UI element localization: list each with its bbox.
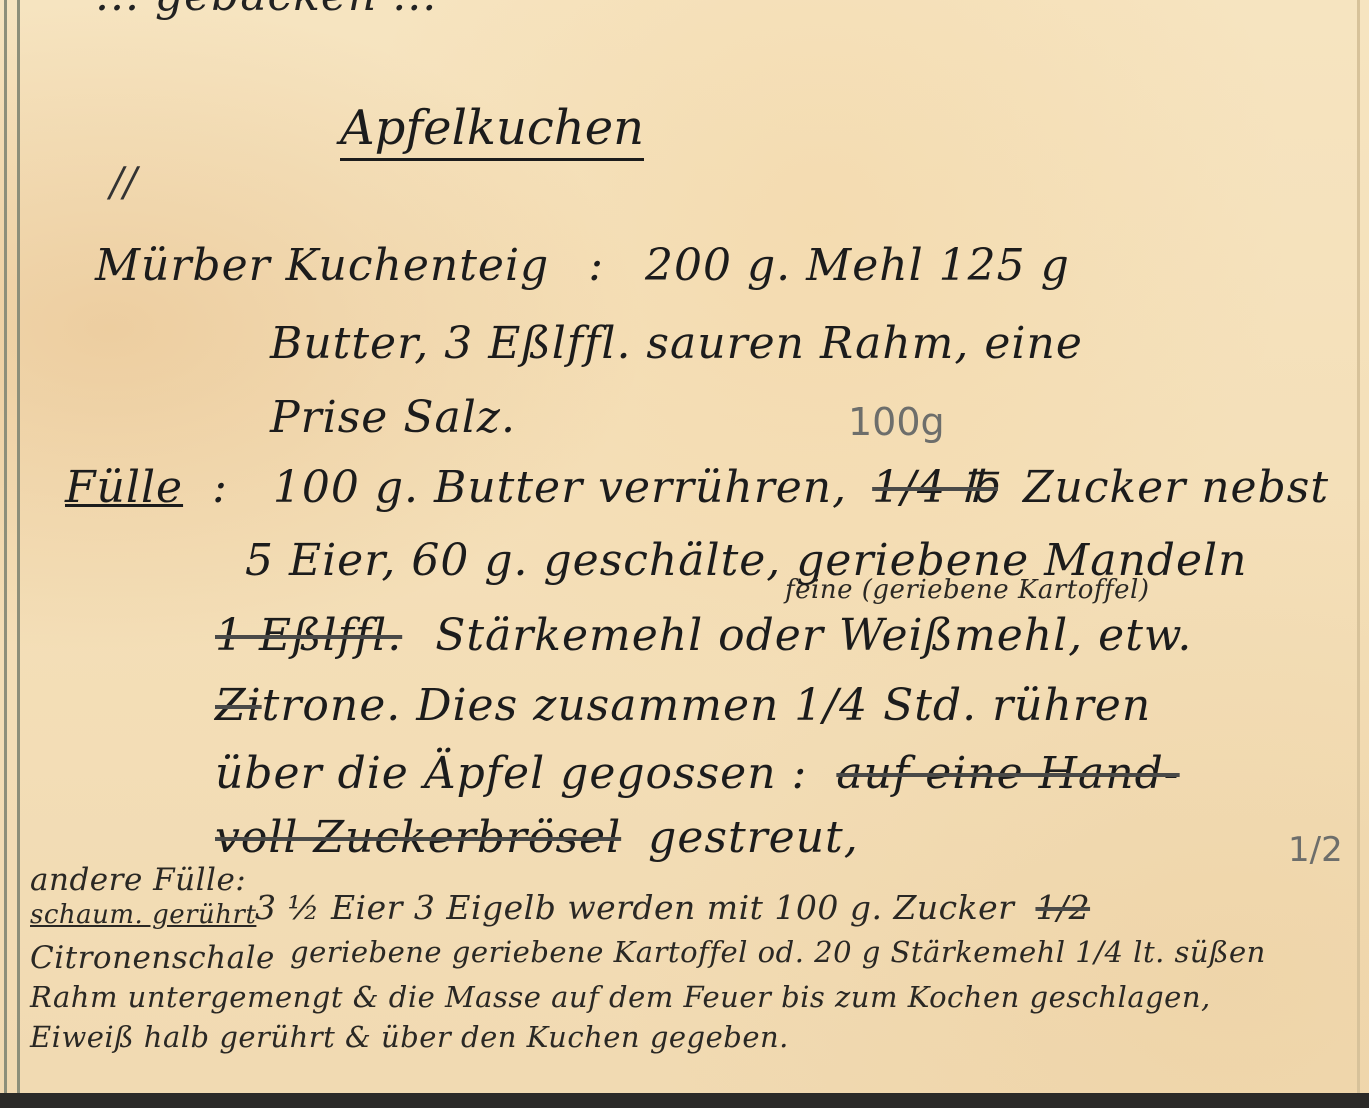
filling-line-3: 1 Eßlffl. Stärkemehl oder Weißmehl, etw. <box>215 610 1192 661</box>
alt-text: 3 ½ Eier 3 Eigelb werden mit 100 g. Zuck… <box>255 888 1014 927</box>
filling-text: Stärkemehl oder Weißmehl, etw. <box>435 610 1192 661</box>
alt-margin-label-2: schaum. gerührt <box>30 900 256 930</box>
struck-text: auf eine Hand- <box>836 748 1179 799</box>
struck-text: Zi <box>215 680 262 731</box>
page-edge <box>1357 0 1360 1093</box>
filling-line-5: über die Äpfel gegossen : auf eine Hand- <box>215 748 1180 799</box>
dough-ingredients: 200 g. Mehl 125 g <box>645 240 1070 291</box>
alt-margin-label-3: Citronenschale <box>30 940 275 976</box>
filling-line-1: Fülle : 100 g. Butter verrühren, 1/4 ℔ Z… <box>65 462 1329 513</box>
filling-text: gestreut, <box>648 812 859 863</box>
filling-line-6: voll Zuckerbrösel gestreut, <box>215 812 859 863</box>
alt-line-1: 3 ½ Eier 3 Eigelb werden mit 100 g. Zuck… <box>255 888 1090 927</box>
struck-text: 1 Eßlffl. <box>215 610 402 661</box>
filling-line-4: Zitrone. Dies zusammen 1/4 Std. rühren <box>215 680 1151 731</box>
page-title: Apfelkuchen <box>340 100 644 161</box>
pencil-correction: 100g <box>848 400 945 444</box>
cut-off-heading: ... gebacken ... <box>95 0 437 21</box>
book-binding-line <box>17 0 20 1093</box>
dough-line-2: Butter, 3 Eßlffl. sauren Rahm, eine <box>270 318 1083 369</box>
struck-text: voll Zuckerbrösel <box>215 812 621 863</box>
struck-text: 1/4 ℔ <box>872 462 998 513</box>
recipe-page: ... gebacken ... Apfelkuchen // Mürber K… <box>0 0 1369 1095</box>
margin-mark: // <box>110 160 137 206</box>
book-binding-line <box>4 0 7 1093</box>
alt-line-2: geriebene geriebene Kartoffel od. 20 g S… <box>290 935 1266 969</box>
filling-line-2: 5 Eier, 60 g. geschälte, geriebene Mande… <box>245 535 1247 586</box>
alt-line-4: Eiweiß halb gerührt & über den Kuchen ge… <box>30 1020 789 1054</box>
filling-text: Zucker nebst <box>1023 462 1329 513</box>
filling-text: über die Äpfel gegossen : <box>215 748 807 799</box>
filling-label: Fülle <box>65 462 183 513</box>
dough-colon: : <box>588 240 604 291</box>
filling-text: 100 g. Butter verrühren, <box>273 462 847 513</box>
struck-text: 1/2 <box>1035 888 1090 927</box>
filling-text: trone. Dies zusammen 1/4 Std. rühren <box>262 680 1152 731</box>
book-cover-edge <box>0 1093 1369 1108</box>
pencil-fraction: 1/2 <box>1288 830 1343 870</box>
dough-line-3: Prise Salz. <box>270 392 516 443</box>
filling-colon: : <box>212 462 228 513</box>
dough-line-1: Mürber Kuchenteig : 200 g. Mehl 125 g <box>95 240 1070 291</box>
dough-label: Mürber Kuchenteig <box>95 240 549 291</box>
alt-margin-label-1: andere Fülle: <box>30 862 246 898</box>
alt-line-3: Rahm untergemengt & die Masse auf dem Fe… <box>30 980 1211 1014</box>
